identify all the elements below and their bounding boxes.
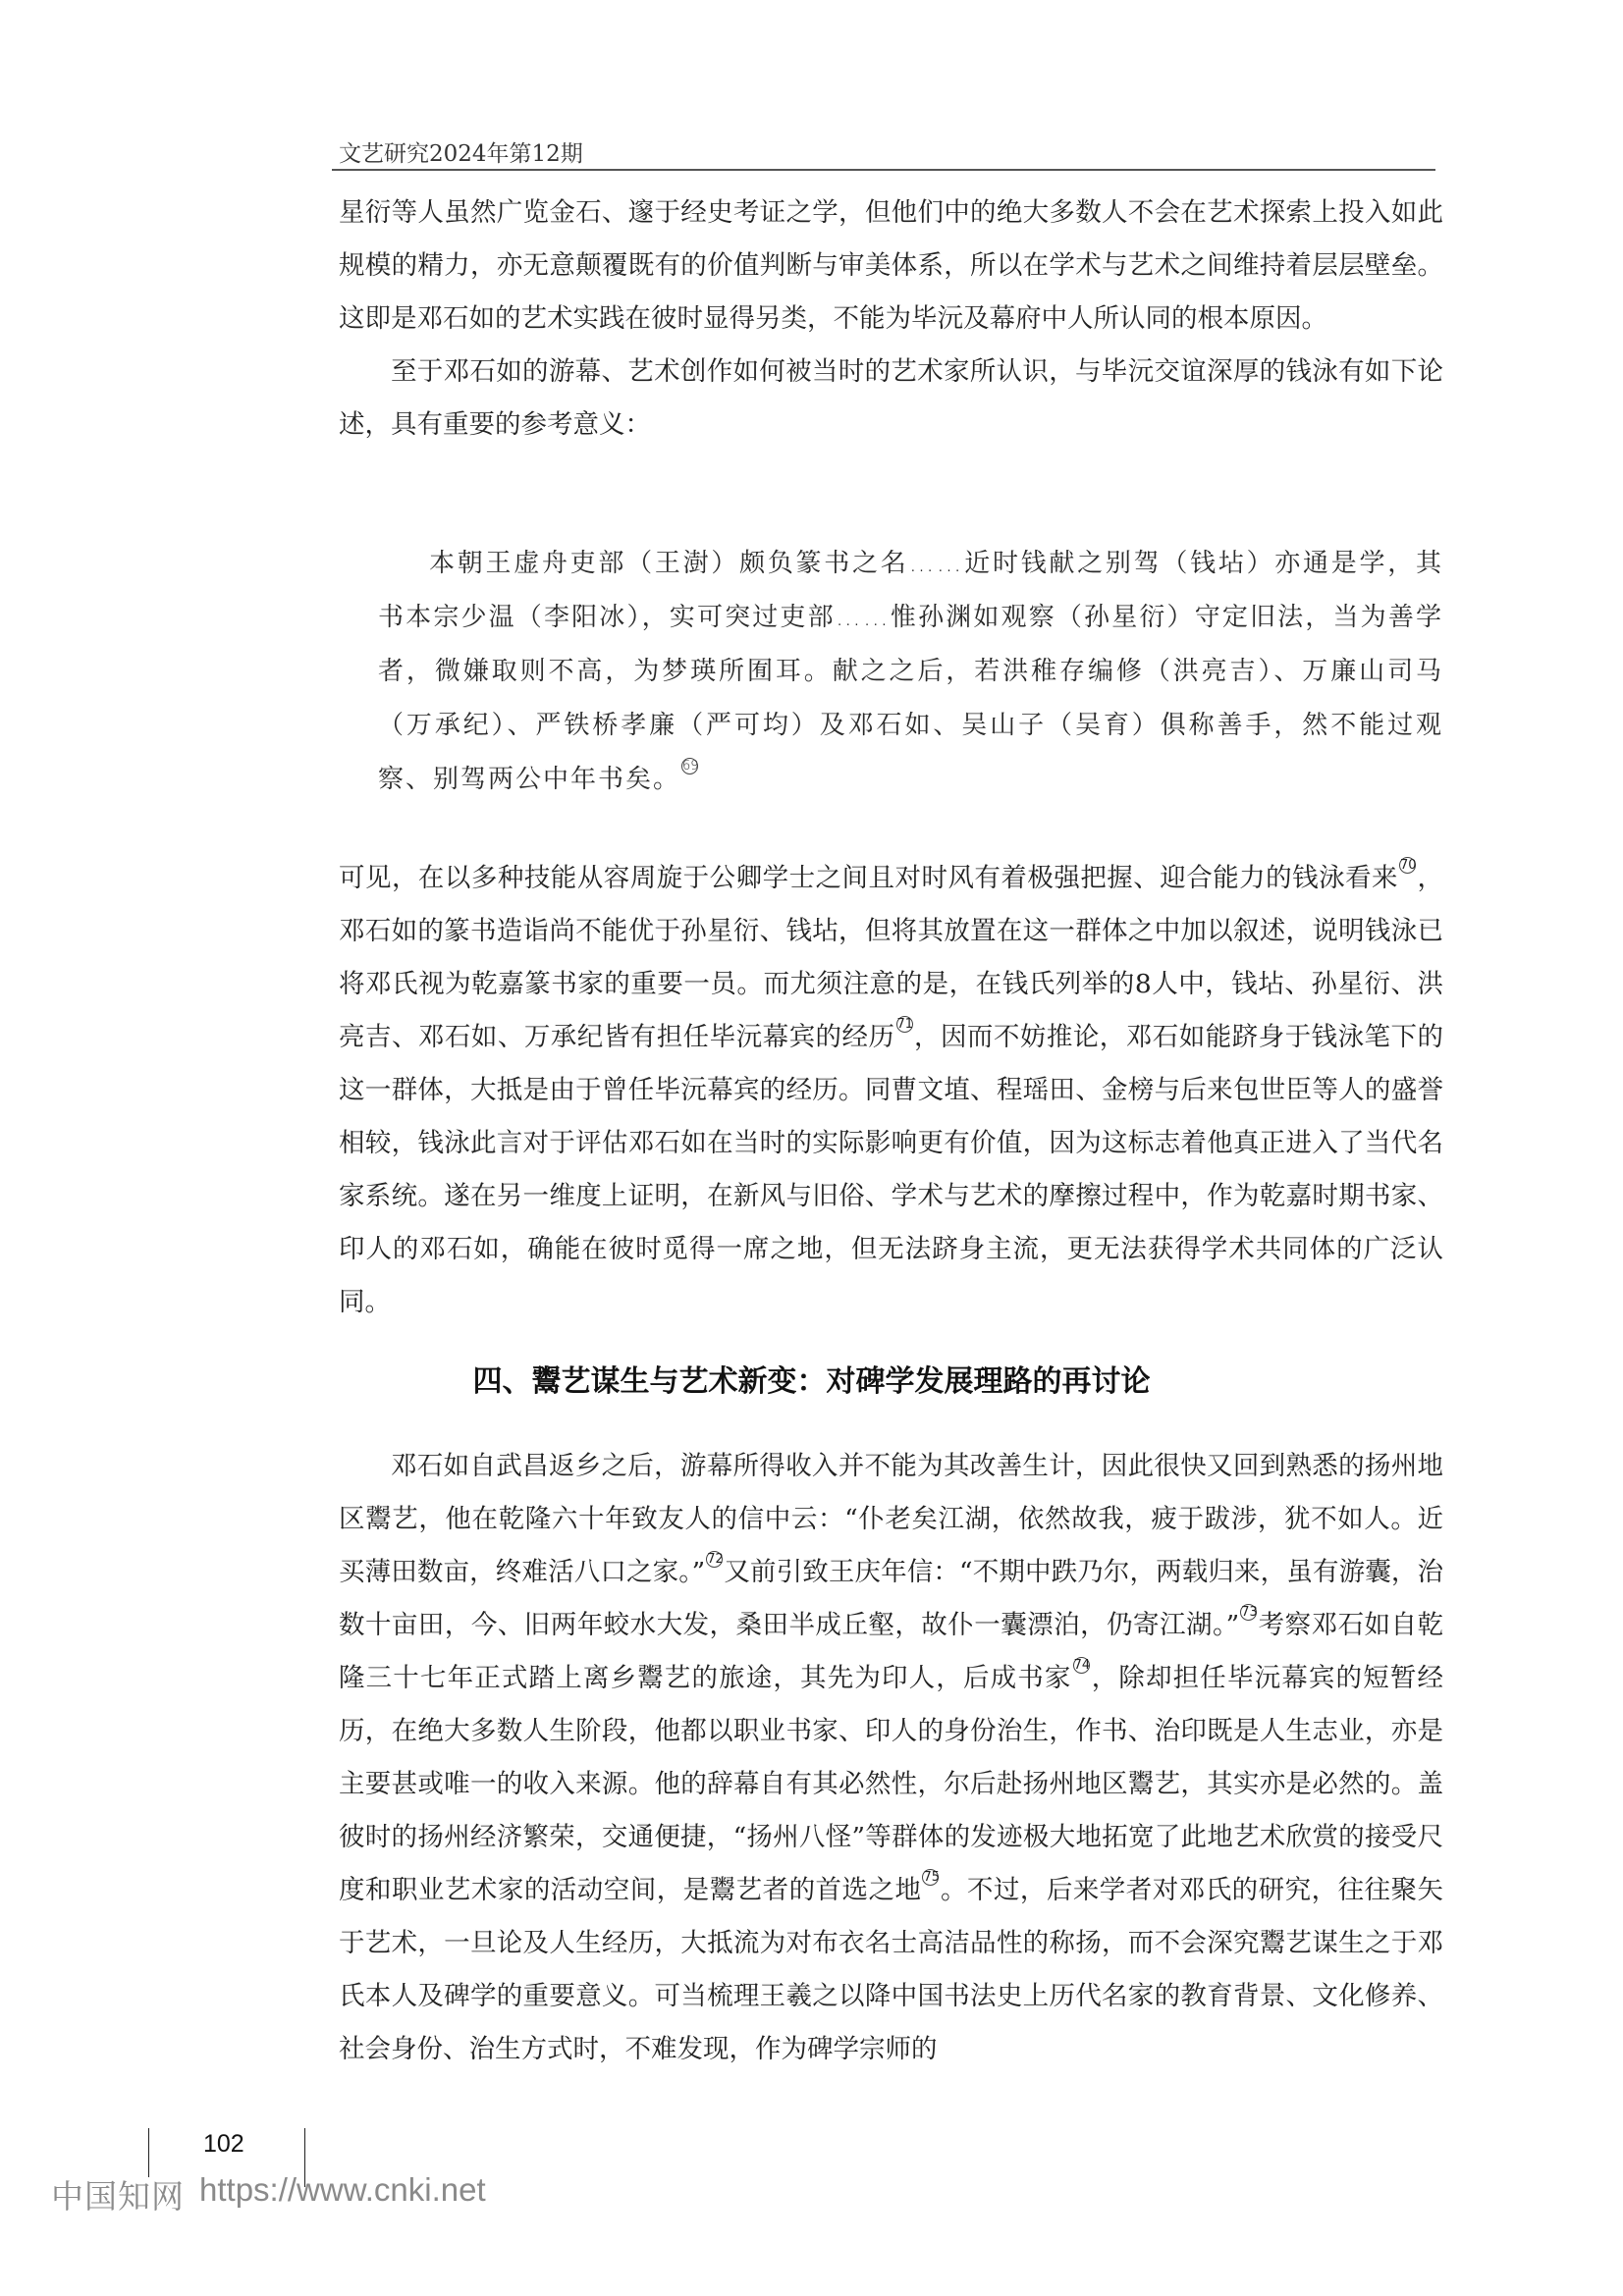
paragraph: 可见，在以多种技能从容周旋于公卿学士之间且对时风有着极强把握、迎合能力的钱泳看来… [339, 852, 1443, 1329]
paragraph: 至于邓石如的游幕、艺术创作如何被当时的艺术家所认识，与毕沅交谊深厚的钱泳有如下论… [339, 346, 1443, 452]
quote-body: 本朝王虚舟吏部（王澍）颇负篆书之名……近时钱献之别驾（钱坫）亦通是学，其书本宗少… [378, 549, 1443, 794]
footnote-marker[interactable]: 69 [681, 758, 698, 774]
footnote-marker[interactable]: 75 [922, 1869, 939, 1886]
paragraph-block: 可见，在以多种技能从容周旋于公卿学士之间且对时风有着极强把握、迎合能力的钱泳看来… [339, 852, 1443, 1329]
cnki-watermark-logo: 中国知网 [51, 2171, 185, 2217]
paragraph-continuation: 星衍等人虽然广览金石、邃于经史考证之学，但他们中的绝大多数人不会在艺术探索上投入… [339, 187, 1443, 452]
header-rule [332, 169, 1435, 171]
footnote-marker[interactable]: 72 [706, 1551, 723, 1568]
cnki-watermark-url[interactable]: https://www.cnki.net [199, 2171, 486, 2209]
text-span: ，除却担任毕沅幕宾的短暂经历，在绝大多数人生阶段，他都以职业书家、印人的身份治生… [339, 1663, 1443, 1905]
footnote-marker[interactable]: 71 [896, 1016, 913, 1033]
page-number: 102 [203, 2130, 244, 2159]
running-head: 文艺研究2024年第12期 [339, 135, 583, 168]
paragraph: 邓石如自武昌返乡之后，游幕所得收入并不能为其改善生计，因此很快又回到熟悉的扬州地… [339, 1440, 1443, 2076]
footer-rule-left [148, 2128, 149, 2177]
section-heading: 四、鬻艺谋生与艺术新变：对碑学发展理路的再讨论 [0, 1357, 1623, 1400]
footnote-marker[interactable]: 73 [1240, 1604, 1257, 1621]
quote-text: 本朝王虚舟吏部（王澍）颇负篆书之名……近时钱献之别驾（钱坫）亦通是学，其书本宗少… [378, 537, 1443, 807]
paragraph-block: 邓石如自武昌返乡之后，游幕所得收入并不能为其改善生计，因此很快又回到熟悉的扬州地… [339, 1440, 1443, 2076]
paragraph: 星衍等人虽然广览金石、邃于经史考证之学，但他们中的绝大多数人不会在艺术探索上投入… [339, 187, 1443, 346]
text-span: 可见，在以多种技能从容周旋于公卿学士之间且对时风有着极强把握、迎合能力的钱泳看来 [339, 863, 1398, 893]
footnote-marker[interactable]: 70 [1399, 857, 1416, 874]
block-quote: 本朝王虚舟吏部（王澍）颇负篆书之名……近时钱献之别驾（钱坫）亦通是学，其书本宗少… [378, 537, 1443, 807]
text-span: ，因而不妨推论，邓石如能跻身于钱泳笔下的这一群体，大抵是由于曾任毕沅幕宾的经历。… [339, 1022, 1443, 1317]
footnote-marker[interactable]: 74 [1073, 1657, 1090, 1674]
